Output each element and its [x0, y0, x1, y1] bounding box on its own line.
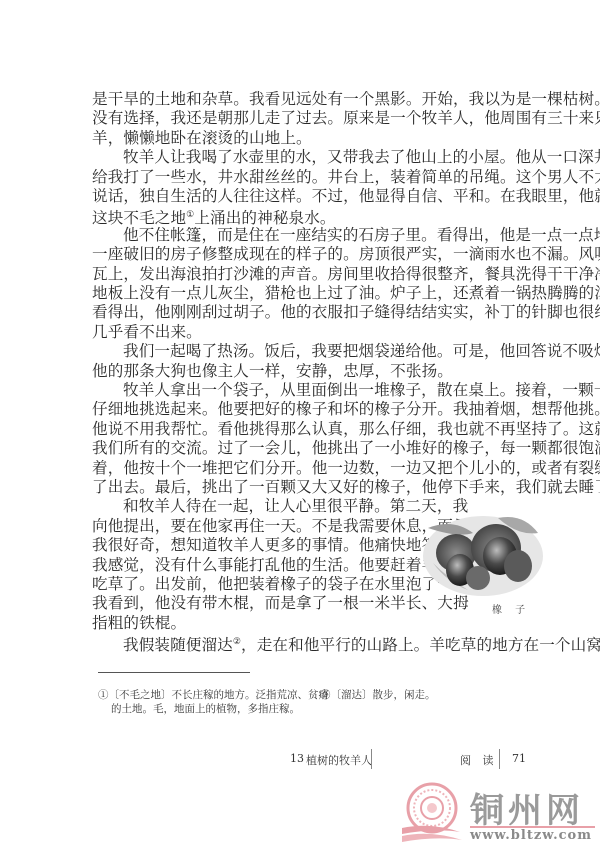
text-line: 了出去。最后，挑出了一百颗又大又好的橡子，他停下手来，我们就去睡了。	[92, 478, 542, 497]
text-line: 这块不毛之地①上涌出的神秘泉水。	[92, 206, 336, 225]
text-line: 向他提出，要在他家再住一天。不是我需要休息，而是	[92, 517, 408, 536]
text-line: 牧羊人让我喝了水壶里的水，又带我去了他山上的小屋。他从一口深井里	[123, 148, 542, 167]
watermark-url: www.bltzw.com	[470, 828, 592, 843]
text-line: 着，他按十个一堆把它们分开。他一边数，一边又把个儿小的，或者有裂缝的拣	[92, 459, 542, 478]
text-line: 地板上没有一点儿灰尘，猎枪也上过了油。炉子上，还煮着一锅热腾腾的汤。	[92, 284, 542, 303]
acorns-photo	[418, 508, 548, 600]
text-line: 指粗的铁棍。	[92, 614, 186, 633]
text-line: 看得出，他刚刚刮过胡子。他的衣服扣子缝得结结实实，补丁的针脚也很细，	[92, 303, 542, 322]
footnote-marker: ②	[320, 689, 331, 701]
text-line: 吃草了。出发前，他把装着橡子的袋子在水里泡了一下。	[92, 575, 408, 594]
text-line: 我假装随便溜达②，走在和他平行的山路上。羊吃草的地方在一个山窝	[123, 633, 542, 652]
footnote-definition: 不长庄稼的地方。泛指荒凉、贫瘠	[172, 689, 330, 701]
text-line: 和牧羊人待在一起，让人心里很平静。第二天，我	[123, 497, 408, 516]
footnote-1-continued: 的土地。毛，地面上的植物，多指庄稼。	[111, 702, 300, 716]
text-line: 我感觉，没有什么事能打乱他的生活。他要赶着羊群去	[92, 556, 408, 575]
footnote-term: 〔溜达〕	[331, 689, 373, 701]
text-line: 他说不用我帮忙。看他挑得那么认真，那么仔细，我也就不再坚持了。这就是	[92, 420, 542, 439]
footer-divider	[371, 749, 372, 769]
watermark-name: 铜州网	[470, 783, 584, 832]
footnote-definition: 散步，闲走。	[373, 689, 436, 701]
text-line: 牧羊人拿出一个袋子，从里面倒出一堆橡子，散在桌上。接着，一颗一颗	[123, 381, 542, 400]
text-line: 羊，懒懒地卧在滚烫的山地上。	[92, 129, 312, 148]
text-line: 我们一起喝了热汤。饭后，我要把烟袋递给他。可是，他回答说不吸烟。	[123, 342, 542, 361]
text-line: 我看到，他没有带木棍，而是拿了一根一米半长、大拇	[92, 594, 408, 613]
footnote-reference: ②	[233, 637, 241, 647]
lesson-title: 植树的牧羊人	[306, 752, 372, 768]
text-line: 仔细地挑选起来。他要把好的橡子和坏的橡子分开。我抽着烟，想帮他挑。但	[92, 400, 542, 419]
section-label: 阅 读	[460, 752, 498, 768]
text-line: 他的那条大狗也像主人一样，安静，忠厚，不张扬。	[92, 362, 453, 381]
footnote-2: ②〔溜达〕散步，闲走。	[320, 688, 436, 702]
text-line: 说话，独自生活的人往往这样。不过，他显得自信、平和。在我眼里，他就像	[92, 187, 542, 206]
footnote-marker: ①	[98, 689, 109, 701]
text-line: 他不住帐篷，而是住在一座结实的石房子里。看得出，他是一点一点地把	[123, 226, 542, 245]
text-line: 没有选择，我还是朝那儿走了过去。原来是一个牧羊人，他周围有三十来只	[92, 109, 542, 128]
lesson-number: 13	[290, 752, 304, 765]
footer-divider	[499, 749, 500, 769]
footnote-divider	[98, 672, 250, 673]
text-line: 是干旱的土地和杂草。我看见远处有一个黑影。开始，我以为是一棵枯树。但	[92, 90, 542, 109]
figure-caption: 橡 子	[492, 601, 530, 616]
footnote-1: ①〔不毛之地〕不长庄稼的地方。泛指荒凉、贫瘠	[98, 688, 329, 702]
text-line: 瓦上，发出海浪拍打沙滩的声音。房间里收拾得很整齐，餐具洗得干干净净，	[92, 265, 542, 284]
text-line: 几乎看不出来。	[92, 323, 202, 342]
text-line: 我们所有的交流。过了一会儿，他挑出了一小堆好的橡子，每一颗都很饱满。接	[92, 439, 542, 458]
textbook-page: 是干旱的土地和杂草。我看见远处有一个黑影。开始，我以为是一棵枯树。但没有选择，我…	[0, 0, 600, 850]
page-number: 71	[512, 752, 526, 765]
text-line: 我很好奇，想知道牧羊人更多的事情。他痛快地答应了。	[92, 536, 408, 555]
text-line: 一座破旧的房子修整成现在的样子的。房顶很严实，一滴雨水也不漏。风吹在	[92, 245, 542, 264]
footnote-term: 〔不毛之地〕	[109, 689, 172, 701]
text-line: 给我打了一些水，井水甜丝丝的。井台上，装着简单的吊绳。这个男人不太爱	[92, 168, 542, 187]
